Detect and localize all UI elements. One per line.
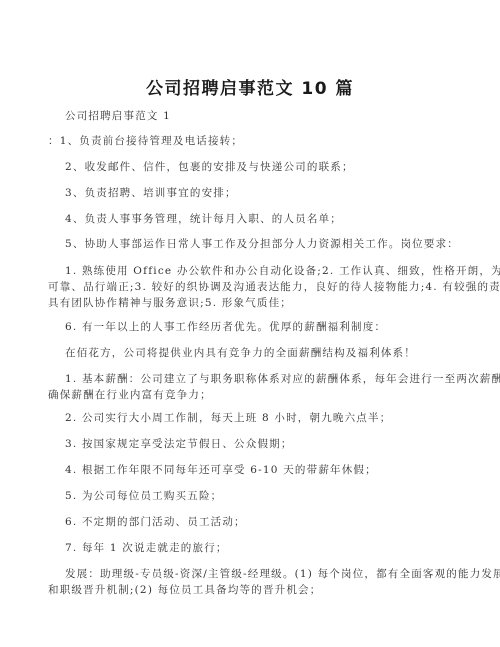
paragraph-line: 具有团队协作精神与服务意识;5. 形象气质佳； xyxy=(48,295,458,311)
paragraph-requirements: 1. 熟练使用 Office 办公软件和办公自动化设备;2. 工作认真、细致，性… xyxy=(48,263,458,311)
section-heading: 公司招聘启事范文 1 xyxy=(65,108,171,125)
paragraph-development: 发展：助理级-专员级-资深/主管级-经理级。(1) 每个岗位，都有全面客观的能力… xyxy=(48,566,458,598)
document-page: 公司招聘启事范文 10 篇 公司招聘启事范文 1 ：1、负责前台接待管理及电话接… xyxy=(0,0,500,647)
paragraph-line: 可靠、品行端正;3. 较好的织协调及沟通表达能力，良好的待人接物能力;4. 有较… xyxy=(48,279,458,295)
paragraph-line: 1. 基本薪酬：公司建立了与职务职称体系对应的薪酬体系，每年会进行一至两次薪酬调… xyxy=(48,371,458,387)
document-title: 公司招聘启事范文 10 篇 xyxy=(0,74,500,99)
paragraph: 5、协助人事部运作日常人事工作及分担部分人力资源相关工作。岗位要求： xyxy=(65,236,459,253)
paragraph: 4、负责人事事务管理，统计每月入职、的人员名单； xyxy=(65,211,342,228)
paragraph: 3、负责招聘、培训事宜的安排； xyxy=(65,185,237,202)
paragraph: 5. 为公司每位员工购买五险； xyxy=(65,488,222,505)
paragraph: 4. 根据工作年限不同每年还可享受 6-10 天的带薪年休假； xyxy=(65,462,377,479)
paragraph: 6. 有一年以上的人事工作经历者优先。优厚的薪酬福利制度： xyxy=(65,319,386,336)
paragraph: 7. 每年 1 次说走就走的旅行； xyxy=(65,540,228,557)
paragraph: 6. 不定期的部门活动、员工活动； xyxy=(65,514,246,531)
paragraph: 2、收发邮件、信件，包裹的安排及与快递公司的联系； xyxy=(65,159,354,176)
paragraph-line: 发展：助理级-专员级-资深/主管级-经理级。(1) 每个岗位，都有全面客观的能力… xyxy=(48,566,458,582)
paragraph: 在佰花方，公司将提供业内具有竞争力的全面薪酬结构及福利体系！ xyxy=(65,345,416,362)
paragraph-base-salary: 1. 基本薪酬：公司建立了与职务职称体系对应的薪酬体系，每年会进行一至两次薪酬调… xyxy=(48,371,458,403)
paragraph: ：1、负责前台接待管理及电话接转； xyxy=(48,133,243,150)
paragraph-line: 和职级晋升机制;(2) 每位员工具备均等的晋升机会； xyxy=(48,582,458,598)
paragraph-line: 1. 熟练使用 Office 办公软件和办公自动化设备;2. 工作认真、细致，性… xyxy=(48,263,458,279)
paragraph: 3. 按国家规定享受法定节假日、公众假期； xyxy=(65,436,293,453)
paragraph: 2. 公司实行大小周工作制，每天上班 8 小时，朝九晚六点半； xyxy=(65,410,391,427)
paragraph-line: 确保薪酬在行业内富有竞争力； xyxy=(48,387,458,403)
